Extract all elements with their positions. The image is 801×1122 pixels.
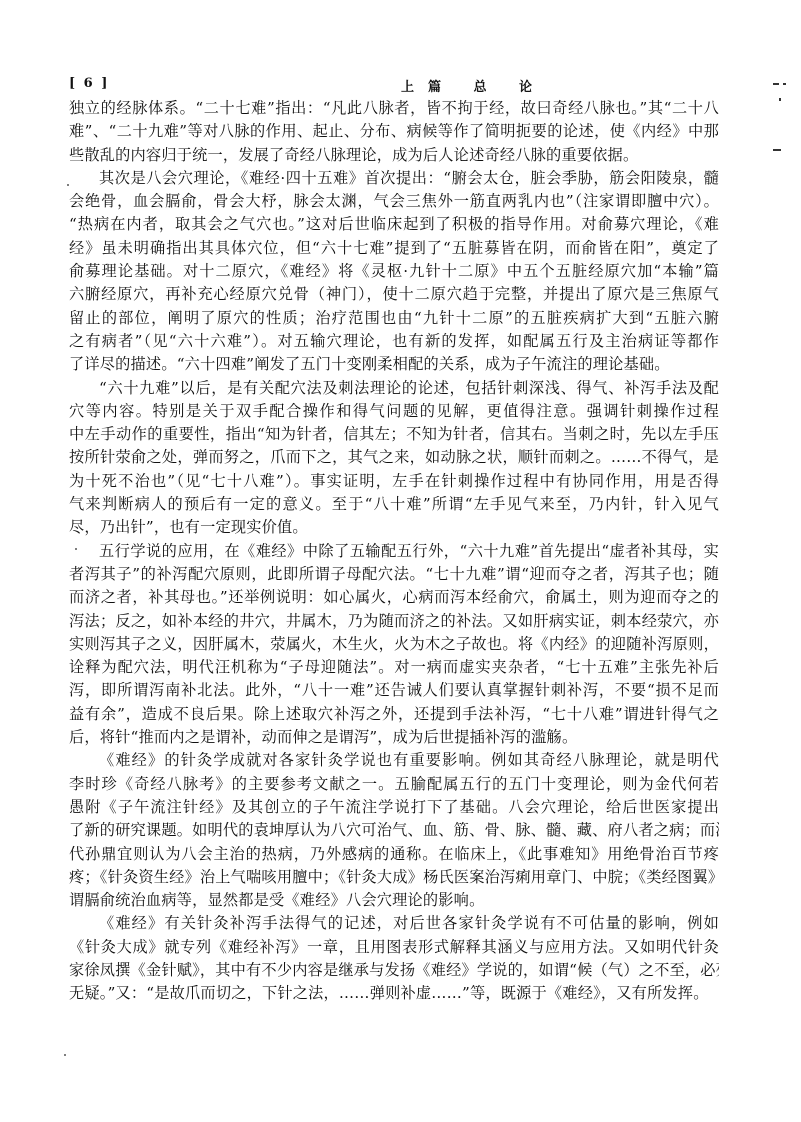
text-line: 按所针荥俞之处，弹而努之，爪而下之，其气之来，如动脉之状，顺针而刺之。……不得气… [69,446,719,469]
text-line: 中左手动作的重要性，指出“知为针者，信其左；不知为针者，信其右。当刺之时，先以左… [69,423,719,446]
text-line: 穴等内容。特别是关于双手配合操作和得气问题的见解，更值得注意。强调针刺操作过程 [69,400,719,423]
paragraph: 五行学说的应用，在《难经》中除了五输配五行外，“六十九难”首先提出“虚者补其母，… [69,540,719,750]
text-line: 经》虽未明确指出其具体穴位，但“六十七难”提到了“五脏募皆在阴，而俞皆在阳”，奠… [69,237,719,260]
text-line: 实则泻其子之义，因肝属木，荥属火，木生火，火为木之子故也。将《内经》的迎随补泻原… [69,633,719,656]
text-line: 泻，即所谓泻南补北法。此外，“八十一难”还告诫人们要认真掌握针刺补泻，不要“损不… [69,679,719,702]
text-line: 尽，乃出针”，也有一定现实价值。 [69,516,719,539]
text-line: 了新的研究课题。如明代的袁坤厚认为八穴可治气、血、筋、骨、脉、髓、藏、府八者之病… [69,819,719,842]
scan-speck [67,184,69,186]
text-line: 《难经》的针灸学成就对各家针灸学说也有重要影响。例如其奇经八脉理论，就是明代 [69,749,719,772]
text-line: “热病在内者，取其会之气穴也。”这对后世临床起到了积极的指导作用。对俞募穴理论，… [69,213,719,236]
paragraph: “六十九难”以后，是有关配穴法及刺法理论的论述，包括针刺深浅、得气、补泻手法及配… [69,377,719,540]
paragraph: 《难经》有关针灸补泻手法得气的记述，对后世各家针灸学说有不可估量的影响，例如《针… [69,912,719,1005]
text-line: 了详尽的描述。“六十四难”阐发了五门十变刚柔相配的关系，成为子午流注的理论基础。 [69,353,719,376]
text-line: 诠释为配穴法，明代汪机称为“子母迎随法”。对一病而虚实夹杂者，“七十五难”主张先… [69,656,719,679]
scan-mark [773,83,779,85]
text-line: 益有余”，造成不良后果。除上述取穴补泻之外，还提到手法补泻，“七十八难”谓进针得… [69,703,719,726]
text-line: 家徐凤撰《金针赋》，其中有不少内容是继承与发扬《难经》学说的，如谓“候（气）之不… [69,959,719,982]
text-line: 愚附《子午流注针经》及其创立的子午流注学说打下了基础。八会穴理论，给后世医家提出 [69,796,719,819]
text-line: 之有病者”（见“六十六难”）。对五输穴理论，也有新的发挥，如配属五行及主治病证等… [69,330,719,353]
text-line: 会绝骨，血会膈俞，骨会大杼，脉会太渊，气会三焦外一筋直两乳内也”（注家谓即膻中穴… [69,190,719,213]
body-text: 独立的经脉体系。“二十七难”指出：“凡此八脉者，皆不拘于经，故曰奇经八脉也。”其… [69,97,719,1006]
text-line: 泻法；反之，如补本经的井穴，井属木，乃为随而济之的补法。又如肝病实证，刺本经荥穴… [69,610,719,633]
scan-mark [779,98,781,101]
page-number: [ 6 ] [69,76,109,91]
text-line: 为十死不治也”（见“七十八难”）。事实证明，左手在针刺操作过程中有协同作用，用是… [69,470,719,493]
text-line: 后，将针“推而内之是谓补，动而伸之是谓泻”，成为后世提插补泻的滥觞。 [69,726,719,749]
text-line: 五行学说的应用，在《难经》中除了五输配五行外，“六十九难”首先提出“虚者补其母，… [69,540,719,563]
scan-mark [783,83,786,85]
text-line: 其次是八会穴理论，《难经·四十五难》首次提出：“腑会太仓，脏会季胁，筋会阳陵泉，… [69,167,719,190]
text-line: 而济之者，补其母也。”还举例说明：如心属火，心病而泻本经俞穴，俞属土，则为迎而夺… [69,586,719,609]
text-line: 留止的部位，阐明了原穴的性质；治疗范围也由“九针十二原”的五脏疾病扩大到“五脏六… [69,307,719,330]
text-line: “六十九难”以后，是有关配穴法及刺法理论的论述，包括针刺深浅、得气、补泻手法及配 [69,377,719,400]
text-line: 难”、“二十九难”等对八脉的作用、起止、分布、病候等作了简明扼要的论述，使《内经… [69,120,719,143]
paragraph: 独立的经脉体系。“二十七难”指出：“凡此八脉者，皆不拘于经，故曰奇经八脉也。”其… [69,97,719,167]
text-line: 独立的经脉体系。“二十七难”指出：“凡此八脉者，皆不拘于经，故曰奇经八脉也。”其… [69,97,719,120]
text-line: 谓膈俞统治血病等，显然都是受《难经》八会穴理论的影响。 [69,889,719,912]
text-line: 代孙鼎宜则认为八会主治的热病，乃外感病的通称。在临床上，《此事难知》用绝骨治百节… [69,843,719,866]
scan-mark [773,149,781,151]
paragraph: 《难经》的针灸学成就对各家针灸学说也有重要影响。例如其奇经八脉理论，就是明代李时… [69,749,719,912]
text-line: 者泻其子”的补泻配穴原则，此即所谓子母配穴法。“七十九难”谓“迎而夺之者，泻其子… [69,563,719,586]
page-header: [ 6 ] 上篇 总 论 [69,76,709,96]
text-line: 气来判断病人的预后有一定的意义。至于“八十难”所谓“左手见气来至，乃内针，针入见… [69,493,719,516]
scan-speck [75,548,77,550]
text-line: 些散乱的内容归于统一，发展了奇经八脉理论，成为后人论述奇经八脉的重要依据。 [69,144,719,167]
text-line: 无疑。”又：“是故爪而切之，下针之法，……弹则补虚……”等，既源于《难经》，又有… [69,982,719,1005]
text-line: 《难经》有关针灸补泻手法得气的记述，对后世各家针灸学说有不可估量的影响，例如 [69,912,719,935]
text-line: 李时珍《奇经八脉考》的主要参考文献之一。五腧配属五行的五门十变理论，则为金代何若 [69,773,719,796]
paragraph: 其次是八会穴理论，《难经·四十五难》首次提出：“腑会太仓，脏会季胁，筋会阳陵泉，… [69,167,719,377]
text-line: 《针灸大成》就专列《难经补泻》一章，且用图表形式解释其涵义与应用方法。又如明代针… [69,936,719,959]
text-line: 俞募理论基础。对十二原穴，《难经》将《灵枢·九针十二原》中五个五脏经原穴加“本输… [69,260,719,283]
text-line: 疼；《针灸资生经》治上气喘咳用膻中；《针灸大成》杨氏医案治泻痢用章门、中脘；《类… [69,866,719,889]
running-head: 上篇 总 论 [401,76,546,95]
scan-speck [64,1054,66,1056]
text-line: 六腑经原穴，再补充心经原穴兑骨（神门），使十二原穴趋于完整，并提出了原穴是三焦原… [69,283,719,306]
